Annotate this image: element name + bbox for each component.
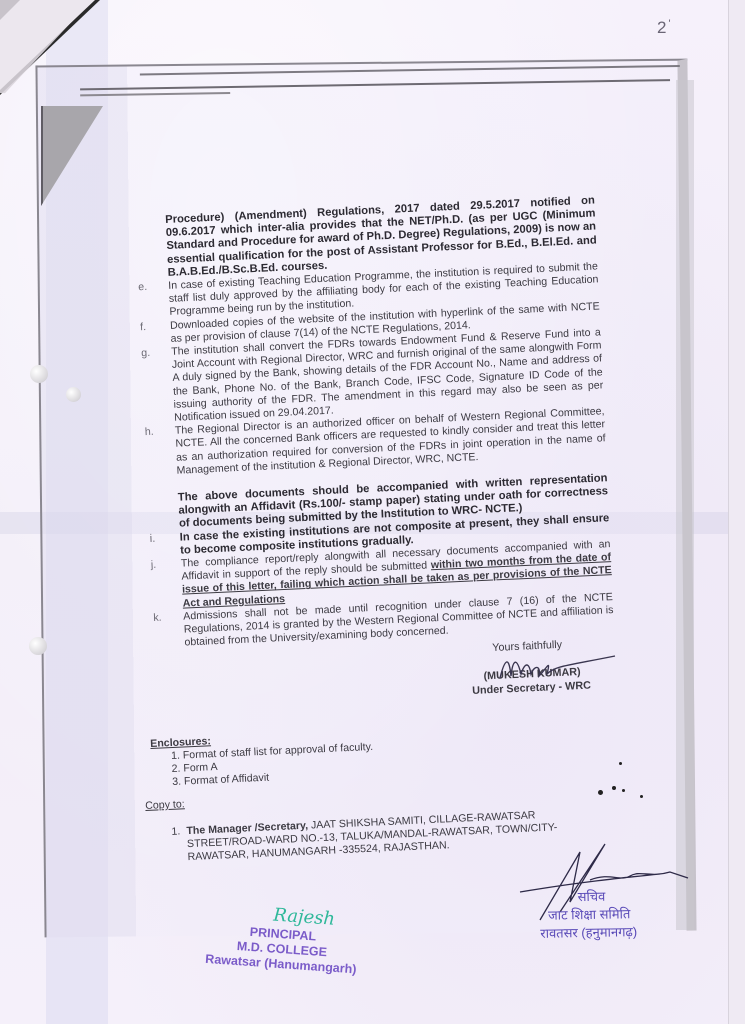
secretary-stamp-hindi: सचिव जाट शिक्षा समिति रावतसर (हनुमानगढ़) bbox=[540, 887, 638, 943]
stamp-line: रावतसर (हनुमानगढ़) bbox=[540, 923, 637, 943]
toner-speck bbox=[619, 762, 622, 765]
toner-speck bbox=[640, 795, 643, 798]
page-right-edge bbox=[728, 0, 745, 1024]
page-number-digit: 2 bbox=[657, 18, 668, 37]
sheet-right-shadow bbox=[676, 80, 694, 930]
page-number-mark: ' bbox=[668, 18, 672, 30]
stamp-line: जाट शिक्षा समिति bbox=[548, 905, 637, 925]
letter-body: Procedure) (Amendment) Regulations, 2017… bbox=[165, 194, 614, 650]
principal-stamp: Rajesh PRINCIPAL M.D. COLLEGE Rawatsar (… bbox=[191, 902, 375, 978]
handwritten-page-number: 2' bbox=[657, 18, 673, 38]
punch-hole bbox=[29, 637, 47, 655]
enclosures-section: Enclosures: Format of staff list for app… bbox=[150, 728, 375, 790]
handwritten-signature-mukesh bbox=[495, 648, 635, 688]
punch-hole bbox=[30, 365, 48, 383]
stamp-line: सचिव bbox=[578, 887, 637, 906]
toner-speck bbox=[612, 786, 616, 790]
punch-hole-shadow bbox=[66, 387, 81, 402]
toner-speck bbox=[622, 789, 625, 792]
toner-speck bbox=[598, 790, 603, 795]
